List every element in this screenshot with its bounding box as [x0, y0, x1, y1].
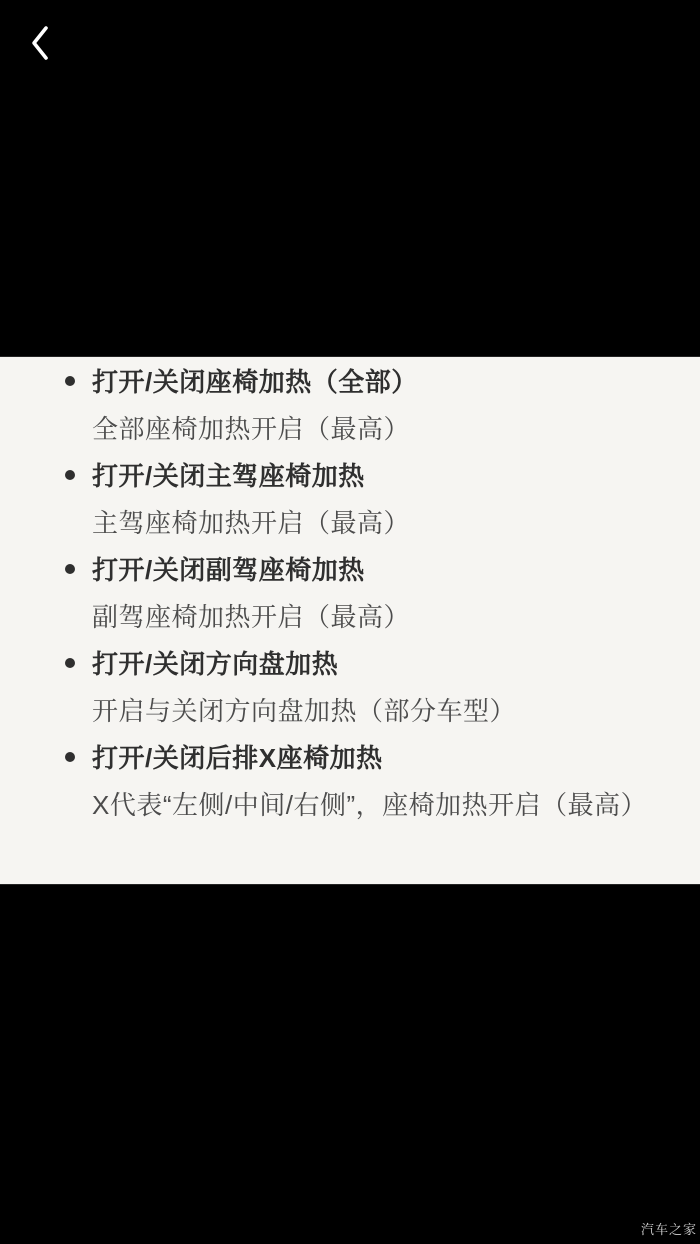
- content-panel: 打开/关闭座椅加热（全部） 全部座椅加热开启（最高） 打开/关闭主驾座椅加热 主…: [0, 357, 700, 884]
- bullet-icon: [65, 752, 75, 762]
- item-description: X代表“左侧/中间/右侧”，座椅加热开启（最高）: [92, 780, 680, 827]
- list-item: 打开/关闭方向盘加热 开启与关闭方向盘加热（部分车型）: [92, 639, 680, 733]
- top-bar: [0, 0, 700, 120]
- bullet-icon: [65, 658, 75, 668]
- item-heading: 打开/关闭后排X座椅加热: [92, 738, 383, 775]
- item-description: 主驾座椅加热开启（最高）: [92, 498, 680, 545]
- bullet-icon: [65, 564, 75, 574]
- item-description: 副驾座椅加热开启（最高）: [92, 592, 680, 639]
- item-heading: 打开/关闭主驾座椅加热: [92, 456, 365, 493]
- bullet-icon: [65, 376, 75, 386]
- item-heading-row: 打开/关闭副驾座椅加热: [92, 545, 680, 592]
- item-heading-row: 打开/关闭主驾座椅加热: [92, 451, 680, 498]
- list-item: 打开/关闭主驾座椅加热 主驾座椅加热开启（最高）: [92, 451, 680, 545]
- item-heading-row: 打开/关闭座椅加热（全部）: [92, 357, 680, 404]
- item-description: 开启与关闭方向盘加热（部分车型）: [92, 686, 680, 733]
- bullet-icon: [65, 470, 75, 480]
- list-item: 打开/关闭副驾座椅加热 副驾座椅加热开启（最高）: [92, 545, 680, 639]
- item-heading-row: 打开/关闭后排X座椅加热: [92, 733, 680, 780]
- item-heading: 打开/关闭方向盘加热: [92, 644, 338, 681]
- list-item: 打开/关闭座椅加热（全部） 全部座椅加热开启（最高）: [92, 357, 680, 451]
- chevron-left-icon: [29, 25, 51, 61]
- feature-list: 打开/关闭座椅加热（全部） 全部座椅加热开启（最高） 打开/关闭主驾座椅加热 主…: [0, 357, 700, 827]
- screen: 打开/关闭座椅加热（全部） 全部座椅加热开启（最高） 打开/关闭主驾座椅加热 主…: [0, 0, 700, 1244]
- item-heading: 打开/关闭座椅加热（全部）: [92, 362, 418, 399]
- watermark: 汽车之家: [641, 1219, 697, 1238]
- back-button[interactable]: [18, 18, 62, 68]
- item-heading-row: 打开/关闭方向盘加热: [92, 639, 680, 686]
- item-heading: 打开/关闭副驾座椅加热: [92, 550, 365, 587]
- item-description: 全部座椅加热开启（最高）: [92, 404, 680, 451]
- list-item: 打开/关闭后排X座椅加热 X代表“左侧/中间/右侧”，座椅加热开启（最高）: [92, 733, 680, 827]
